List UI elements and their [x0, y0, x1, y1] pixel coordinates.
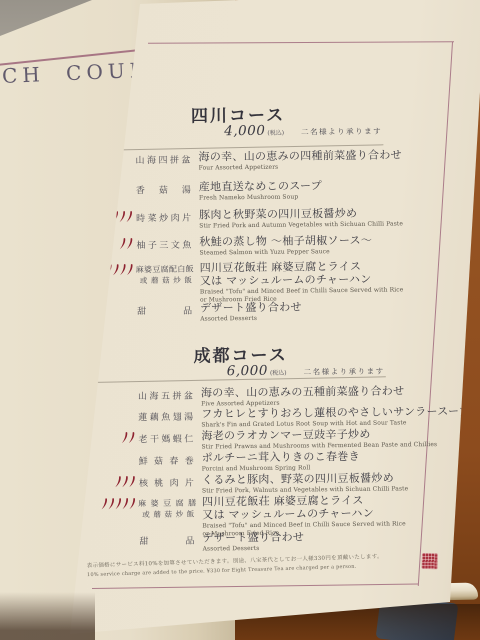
dish-japanese-description: 豚肉と秋野菜の四川豆板醤炒め [199, 206, 439, 222]
dish-japanese-description-alt: 又は マッシュルームのチャーハン [200, 272, 440, 288]
bottom-left-shadow [0, 592, 95, 640]
chili-pepper-icon [127, 475, 136, 489]
dish-description: 海の幸、山の恵みの五種前菜盛り合わせ Five Assorted Appetiz… [201, 384, 441, 408]
dish-description: 産地直送なめこのスープ Fresh Nameko Mushroom Soup [199, 178, 439, 202]
dish-description: 四川豆花飯荘 麻婆豆腐とライス 又は マッシュルームのチャーハン Braised… [200, 259, 440, 304]
dish-japanese-description: ポルチーニ茸入りきのこ春巻き [202, 449, 442, 465]
dish-chinese-name: 香菇湯 [136, 183, 191, 197]
dish-description: 海の幸、山の恵みの四種前菜盛り合わせ Four Assorted Appetiz… [198, 148, 438, 172]
dish-description: 秋鮭の蒸し物 〜柚子胡椒ソース〜 Steamed Salmon with Yuz… [199, 233, 439, 257]
dish-japanese-description: デザート盛り合わせ [202, 529, 442, 545]
dish-description: 海老のラオカンマー豆豉辛子炒め Stir Fried Prawns and Mu… [201, 427, 441, 451]
dish-description: くるみと豚肉、野菜の四川豆板醤炒め Stir Fried Pork, Walnu… [202, 471, 442, 495]
red-seal-stamp [422, 553, 438, 569]
dish-chinese-name: 蓮藕魚翅湯 [138, 410, 193, 424]
dish-description: デザート盛り合わせ Assorted Desserts [200, 299, 440, 323]
dish-english-description: Four Assorted Appetizers [199, 162, 439, 172]
dish-japanese-description: フカヒレとすりおろし蓮根のやさしいサンラースープ [201, 405, 441, 421]
chili-pepper-icon [128, 497, 137, 511]
tax-note: (税込) [270, 368, 287, 377]
dish-chinese-name: 時菜炒肉片 [136, 211, 191, 225]
dish-chinese-name: 山海四拼盆 [135, 153, 190, 167]
dish-japanese-description-alt: 又は マッシュルームのチャーハン [202, 506, 442, 522]
dish-chinese-name: 麻婆豆腐膳 [138, 498, 196, 510]
tax-note: (税込) [267, 128, 284, 137]
course-price-row: 4,000 (税込) 二名様より承ります [224, 122, 382, 140]
dish-english-description: Steamed Salmon with Yuzu Pepper Sauce [199, 247, 439, 257]
dish-japanese-description: 海の幸、山の恵みの五種前菜盛り合わせ [201, 384, 441, 400]
dish-description: 豚肉と秋野菜の四川豆板醤炒め Stir Fried Pork and Autum… [199, 206, 439, 230]
dish-japanese-description: デザート盛り合わせ [200, 299, 440, 315]
dish-chinese-name: 老干媽蝦仁 [138, 432, 193, 446]
dish-description: フカヒレとすりおろし蓮根のやさしいサンラースープ Shark's Fin and… [201, 405, 441, 429]
dish-description: ポルチーニ茸入りきのこ春巻き Porcini and Mushroom Spri… [202, 449, 442, 473]
dish-chinese-name-alt: 或蘑菇炒飯 [140, 275, 192, 287]
dish-chinese-name: 甜品 [137, 304, 192, 318]
dish-english-description: Fresh Nameko Mushroom Soup [199, 192, 439, 202]
chili-pepper-icon [125, 210, 134, 224]
dish-english-description: Assorted Desserts [200, 313, 440, 323]
dish-japanese-description: 海の幸、山の恵みの四種前菜盛り合わせ [198, 148, 438, 164]
dish-japanese-description: 海老のラオカンマー豆豉辛子炒め [201, 427, 441, 443]
dish-japanese-description: 秋鮭の蒸し物 〜柚子胡椒ソース〜 [199, 233, 439, 249]
spice-level-indicator [78, 497, 136, 511]
dish-chinese-name: 柚子三文魚 [136, 238, 191, 252]
dish-english-description: Stir Fried Pork and Autumn Vegetables wi… [199, 220, 439, 230]
dish-chinese-name: 山海五拼盆 [138, 389, 193, 403]
chili-pepper-icon [125, 263, 134, 277]
menu-photo: CH COURSE 四川コース 4,000 (税込) 二名様より承ります 山海四… [0, 0, 480, 640]
dish-chinese-name: 核桃肉片 [139, 476, 194, 490]
min-guests-note: 二名様より承ります [301, 126, 382, 138]
dish-description: デザート盛り合わせ Assorted Desserts [202, 529, 442, 553]
dish-chinese-name-alt: 或蘑菇炒飯 [142, 509, 194, 521]
dish-chinese-name: 麻婆豆腐配白飯 [136, 264, 194, 276]
dish-japanese-description: くるみと豚肉、野菜の四川豆板醤炒め [202, 471, 442, 487]
dish-chinese-name: 甜品 [139, 534, 194, 548]
chili-pepper-icon [125, 237, 134, 251]
course-price: 4,000 [224, 123, 265, 139]
service-charge-note: 表示価格にサービス料10%を加算させていただきます。別途、八宝茶代としてお一人様… [87, 551, 417, 578]
chili-pepper-icon [127, 431, 136, 445]
dish-japanese-description: 産地直送なめこのスープ [199, 178, 439, 194]
course-price: 6,000 [227, 363, 268, 379]
dish-chinese-name: 鮮菇春巻 [139, 454, 194, 468]
